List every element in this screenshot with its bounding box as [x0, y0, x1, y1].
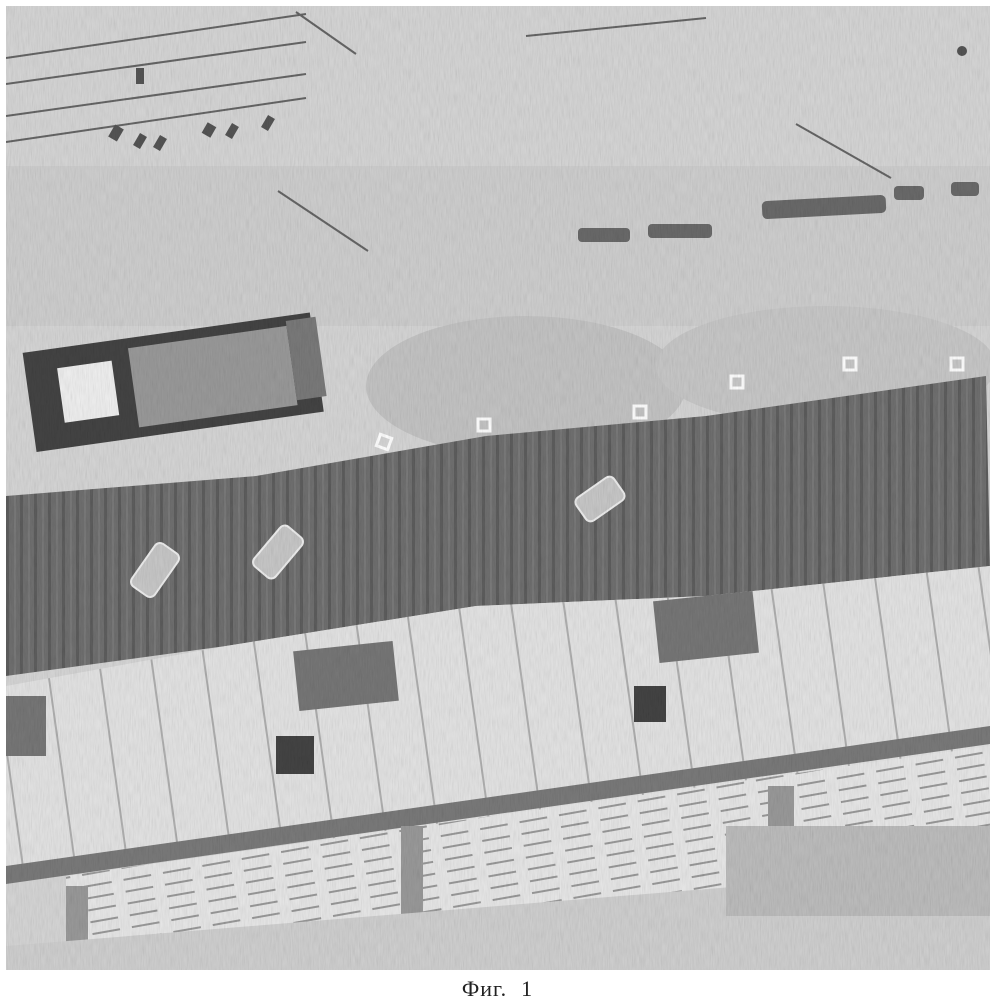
aerial-photo-drawing — [6, 6, 990, 970]
figure-caption: Фиг.1 — [0, 976, 995, 1002]
aerial-photograph — [6, 6, 990, 970]
figure-caption-label: Фиг. — [462, 976, 507, 1001]
figure-caption-number: 1 — [521, 976, 533, 1001]
